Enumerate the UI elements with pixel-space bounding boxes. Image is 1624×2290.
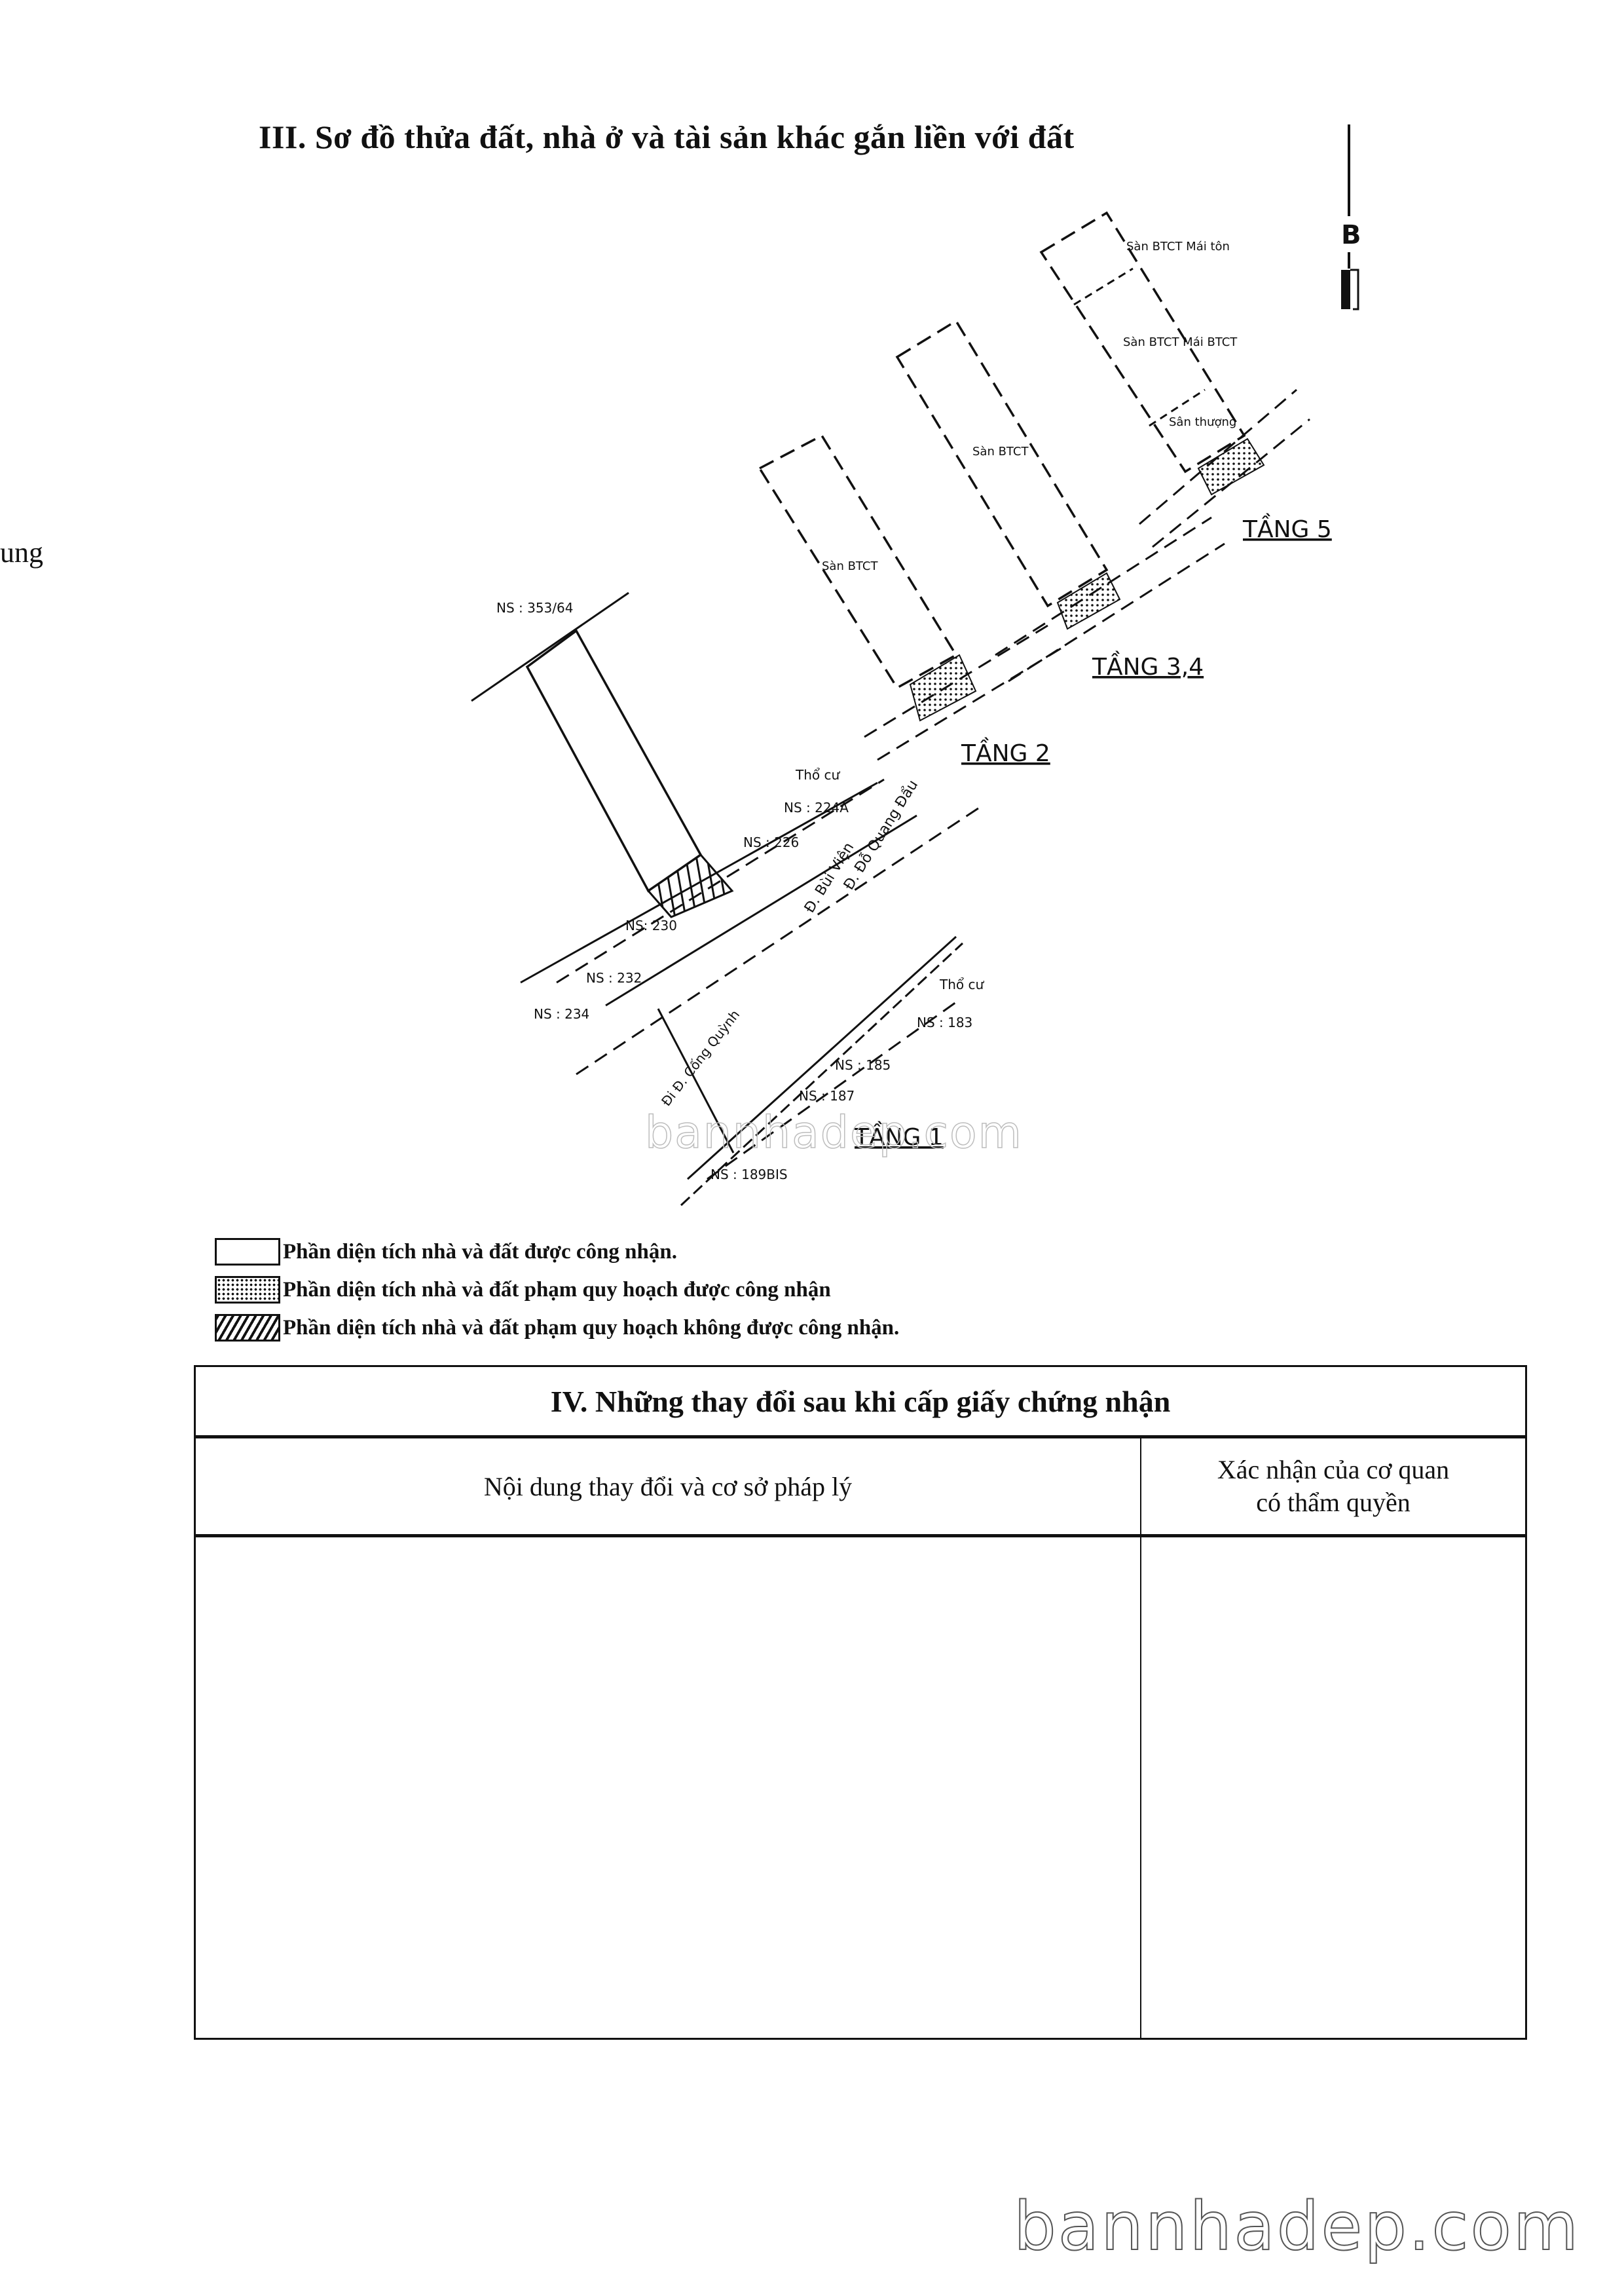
- column-header-authority: Xác nhận của cơ quan có thẩm quyền: [1141, 1438, 1525, 1534]
- svg-text:NS : 226: NS : 226: [743, 835, 799, 850]
- floor-2-plan: [760, 436, 1061, 760]
- authority-cell: [1141, 1537, 1525, 2038]
- svg-text:Thổ cư: Thổ cư: [795, 767, 840, 783]
- floor-5-plan: [1041, 213, 1310, 547]
- floor-3-4-label: TẦNG 3,4: [1092, 650, 1204, 681]
- svg-text:Đi Đ. Cống Quỳnh: Đi Đ. Cống Quỳnh: [658, 1007, 743, 1109]
- svg-text:Sàn BTCT: Sàn BTCT: [822, 559, 878, 573]
- floor-2-label: TẦNG 2: [961, 737, 1050, 767]
- svg-text:NS : 185: NS : 185: [835, 1057, 891, 1073]
- floor-5-label: TẦNG 5: [1242, 513, 1332, 543]
- svg-text:NS : 183: NS : 183: [917, 1015, 972, 1030]
- watermark-faint: bannhadep.com: [645, 1107, 1023, 1159]
- section-iv-title: IV. Những thay đổi sau khi cấp giấy chứn…: [196, 1367, 1525, 1438]
- svg-text:NS: 230: NS: 230: [625, 918, 677, 933]
- legend-item-planning-recognized: Phần diện tích nhà và đất phạm quy hoạch…: [215, 1271, 899, 1309]
- svg-text:NS : 232: NS : 232: [586, 970, 642, 986]
- svg-text:NS : 224A: NS : 224A: [784, 800, 849, 816]
- legend: Phần diện tích nhà và đất được công nhận…: [215, 1233, 899, 1347]
- svg-text:Đ. Đỗ Quang Đẩu: Đ. Đỗ Quang Đẩu: [840, 777, 921, 893]
- legend-item-planning-not-recognized: Phần diện tích nhà và đất phạm quy hoạch…: [215, 1309, 899, 1347]
- changes-table: IV. Những thay đổi sau khi cấp giấy chứn…: [194, 1365, 1527, 2040]
- north-arrow-icon: B: [1341, 124, 1361, 309]
- column-header-content: Nội dung thay đổi và cơ sở pháp lý: [196, 1438, 1141, 1534]
- svg-text:B: B: [1341, 220, 1361, 250]
- svg-text:Sân thượng: Sân thượng: [1169, 415, 1236, 429]
- changes-table-header: Nội dung thay đổi và cơ sở pháp lý Xác n…: [196, 1438, 1525, 1537]
- svg-text:NS : 234: NS : 234: [534, 1006, 589, 1022]
- content-cell: [196, 1537, 1141, 2038]
- dotted-swatch-icon: [215, 1276, 280, 1304]
- land-plot-diagram: B TẦNG 5: [0, 0, 1624, 1245]
- svg-text:Sàn BTCT Mái BTCT: Sàn BTCT Mái BTCT: [1123, 335, 1238, 349]
- changes-table-body: [196, 1537, 1525, 2038]
- floor-3-4-plan: [897, 321, 1225, 681]
- svg-text:Sàn BTCT Mái tôn: Sàn BTCT Mái tôn: [1126, 240, 1230, 253]
- svg-text:Thổ cư: Thổ cư: [939, 977, 984, 992]
- hatched-swatch-icon: [215, 1314, 280, 1342]
- svg-text:Sàn BTCT: Sàn BTCT: [972, 445, 1029, 459]
- svg-text:NS : 353/64: NS : 353/64: [496, 600, 573, 616]
- svg-text:NS : 187: NS : 187: [799, 1088, 855, 1104]
- svg-text:NS : 189BIS: NS : 189BIS: [710, 1167, 788, 1182]
- watermark: bannhadep.com: [1014, 2188, 1580, 2266]
- legend-item-recognized: Phần diện tích nhà và đất được công nhận…: [215, 1233, 899, 1271]
- plain-swatch-icon: [215, 1238, 280, 1266]
